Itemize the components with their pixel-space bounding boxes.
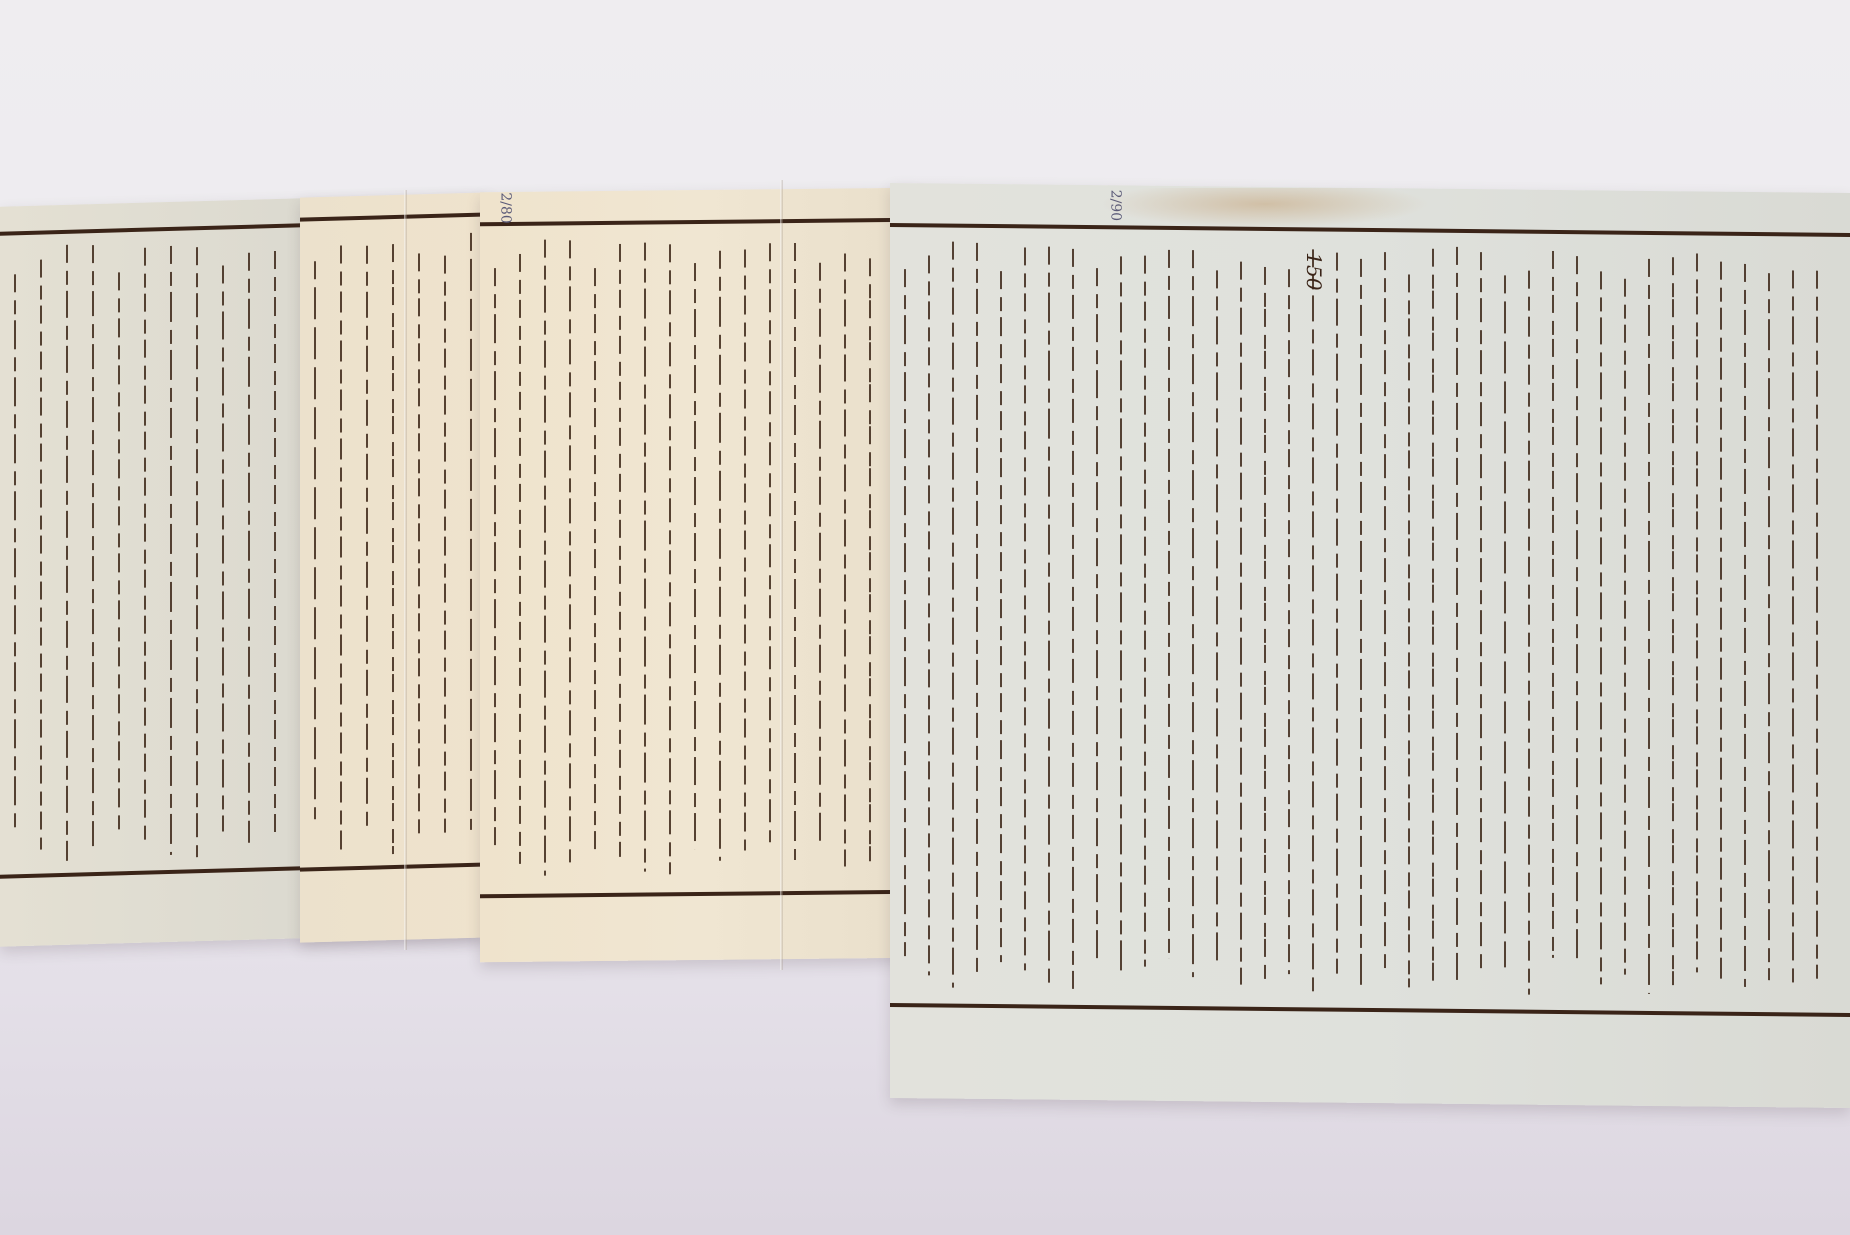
handwriting-line <box>196 247 198 857</box>
handwriting-line <box>1792 271 1794 984</box>
top-rule <box>300 212 490 221</box>
handwriting-line <box>1696 253 1698 972</box>
handwriting-line <box>1528 271 1530 995</box>
handwriting-line <box>669 244 671 874</box>
handwriting-line <box>1240 261 1242 984</box>
handwriting-line <box>340 246 342 850</box>
handwriting-line <box>1144 256 1146 966</box>
handwriting-line <box>144 248 146 841</box>
bottom-rule <box>480 890 920 899</box>
paper-fold <box>404 190 407 950</box>
handwriting-line <box>170 246 172 855</box>
manuscript-scroll: 2/80 2/90 150 <box>0 0 1850 1235</box>
top-rule <box>480 218 920 227</box>
manuscript-panel-right: 2/90 150 <box>890 183 1850 1108</box>
handwriting-line <box>1168 250 1170 959</box>
manuscript-panel-middle: 2/80 <box>480 188 920 963</box>
handwriting-line <box>1672 257 1674 985</box>
handwriting-line <box>1312 250 1314 991</box>
handwriting-line <box>594 268 596 849</box>
handwriting-line <box>222 265 224 832</box>
handwriting-line <box>1288 269 1290 975</box>
handwriting-line <box>744 250 746 850</box>
handwriting-line <box>544 240 546 876</box>
handwriting-line <box>519 253 521 864</box>
handwriting-line <box>1048 246 1050 985</box>
handwriting-line <box>1624 279 1626 975</box>
handwriting-line <box>1744 264 1746 987</box>
bottom-rule <box>300 862 490 871</box>
handwriting-line <box>869 258 871 861</box>
handwriting-line <box>819 263 821 848</box>
handwriting-line <box>619 244 621 857</box>
handwriting-line <box>1120 256 1122 976</box>
manuscript-panel-left-fold <box>300 192 490 942</box>
handwriting-line <box>1024 248 1026 971</box>
handwriting-line <box>1336 252 1338 973</box>
handwriting-line <box>769 243 771 842</box>
margin-number: 150 <box>1302 252 1326 290</box>
handwriting-line <box>418 253 420 835</box>
handwriting-line <box>494 269 496 846</box>
handwriting-line <box>1384 252 1386 968</box>
handwriting-line <box>1456 247 1458 986</box>
handwriting-line <box>274 251 276 831</box>
handwriting-line <box>1480 252 1482 973</box>
handwriting-line <box>1600 272 1602 985</box>
handwriting-line <box>314 262 316 819</box>
handwriting-line <box>1096 268 1098 964</box>
handwriting-line <box>92 245 94 847</box>
handwriting-line <box>694 263 696 849</box>
handwriting-line <box>976 243 978 975</box>
bottom-rule <box>890 1003 1850 1017</box>
handwriting-line <box>794 243 796 860</box>
handwriting-line <box>1192 251 1194 978</box>
handwriting-line <box>444 255 446 832</box>
handwritten-text-columns <box>900 241 1840 1001</box>
folio-number: 2/80 <box>498 192 514 224</box>
handwriting-line <box>644 242 646 871</box>
paper-stain <box>1100 188 1430 228</box>
handwritten-text-columns <box>490 236 910 880</box>
handwriting-line <box>14 275 16 832</box>
handwriting-line <box>40 259 42 850</box>
handwriting-line <box>66 245 68 861</box>
handwriting-line <box>1072 249 1074 989</box>
handwriting-line <box>904 269 906 956</box>
handwriting-line <box>118 272 120 833</box>
handwriting-line <box>366 246 368 827</box>
handwriting-line <box>392 244 394 854</box>
handwriting-line <box>1360 259 1362 984</box>
handwriting-line <box>1720 262 1722 979</box>
handwriting-line <box>1768 273 1770 981</box>
handwriting-line <box>844 253 846 866</box>
handwriting-line <box>952 242 954 988</box>
handwriting-line <box>928 255 930 976</box>
handwriting-line <box>569 241 571 863</box>
handwriting-line <box>1000 271 1002 962</box>
handwriting-line <box>1552 250 1554 958</box>
handwriting-line <box>1216 270 1218 965</box>
handwriting-line <box>719 251 721 861</box>
handwriting-line <box>248 253 250 843</box>
handwriting-line <box>1648 259 1650 993</box>
handwriting-line <box>1408 275 1410 988</box>
handwriting-line <box>1264 267 1266 980</box>
paper-fold <box>780 180 783 970</box>
handwriting-line <box>470 233 472 830</box>
handwriting-line <box>1504 276 1506 968</box>
handwritten-text-columns <box>310 233 480 858</box>
handwriting-line <box>1816 270 1818 978</box>
handwriting-line <box>1432 249 1434 986</box>
handwriting-line <box>1576 257 1578 961</box>
